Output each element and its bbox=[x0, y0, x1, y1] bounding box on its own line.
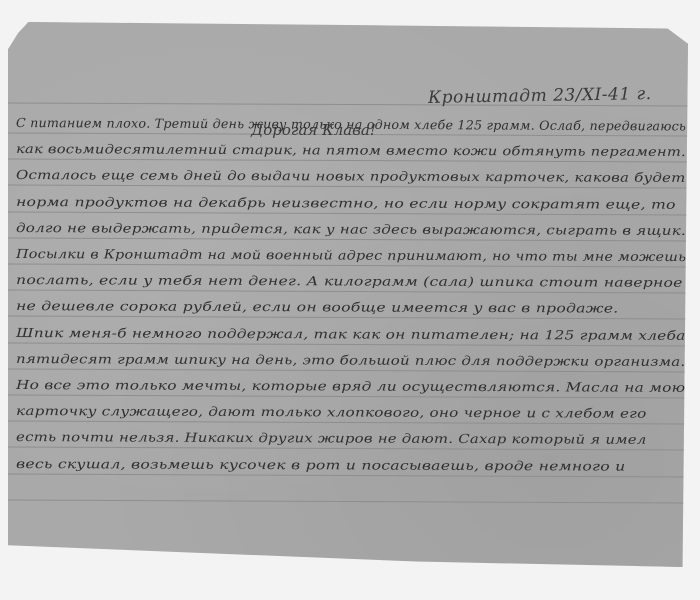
ruled-line bbox=[8, 316, 688, 320]
ruled-line bbox=[8, 499, 688, 503]
letter-line: карточку служащего, дают только хлопково… bbox=[16, 403, 647, 421]
letter-line: Осталось еще семь дней до выдачи новых п… bbox=[16, 167, 686, 185]
letter-line: долго не выдержать, придется, как у нас … bbox=[16, 220, 686, 238]
letter-line: не дешевле сорока рублей, если он вообще… bbox=[16, 298, 618, 316]
ruled-line bbox=[8, 264, 688, 268]
place-and-date: Кронштадт 23/XI-41 г. bbox=[428, 84, 652, 108]
letter-line: норма продуктов на декабрь неизвестно, н… bbox=[16, 194, 676, 212]
letter-paper: Кронштадт 23/XI-41 г. Дорогая Клава! С п… bbox=[8, 22, 688, 567]
ruled-line bbox=[8, 395, 688, 399]
letter-line: Посылки в Кронштадт на мой военный адрес… bbox=[16, 246, 686, 264]
letter-line: Шпик меня-б немного поддержал, так как о… bbox=[16, 325, 686, 343]
ruled-line bbox=[8, 159, 688, 163]
letter-line: как восьмидесятилетний старик, на пятом … bbox=[16, 141, 686, 159]
ruled-line bbox=[8, 211, 688, 215]
ruled-line bbox=[8, 447, 688, 451]
ruled-line bbox=[8, 185, 688, 189]
letter-line: С питанием плохо. Третий день живу тольк… bbox=[16, 115, 686, 133]
ruled-line bbox=[8, 473, 688, 477]
letter-line: весь скушал, возьмешь кусочек в рот и по… bbox=[16, 456, 625, 474]
ruled-line bbox=[8, 368, 688, 372]
ruled-line bbox=[8, 290, 688, 294]
letter-line: послать, если у тебя нет денег. А килогр… bbox=[16, 272, 683, 290]
ruled-line bbox=[8, 237, 688, 241]
letter-line: пятидесят грамм шпику на день, это больш… bbox=[16, 351, 685, 369]
ruled-line bbox=[8, 342, 688, 346]
letter-line: Но все это только мечты, которые вряд ли… bbox=[16, 377, 685, 395]
letter-line: есть почти нельзя. Никаких других жиров … bbox=[16, 429, 647, 447]
ruled-line bbox=[8, 421, 688, 425]
